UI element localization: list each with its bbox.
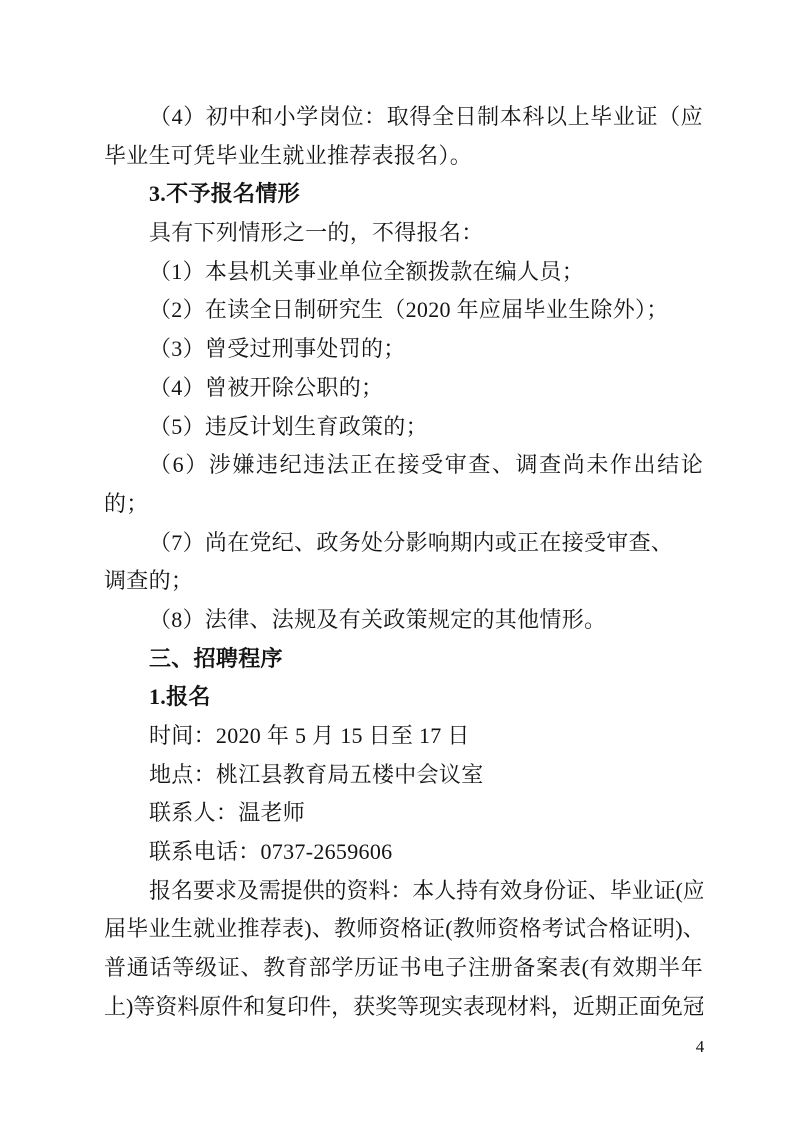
doc-line: （6）涉嫌违纪违法正在接受审查、调查尚未作出结论 <box>104 446 703 485</box>
heading-registration: 1.报名 <box>104 678 703 717</box>
doc-line: 报名要求及需提供的资料：本人持有效身份证、毕业证(应 <box>104 872 703 911</box>
document-body: （4）初中和小学岗位：取得全日制本科以上毕业证（应届 毕业生可凭毕业生就业推荐表… <box>104 98 703 1027</box>
doc-line: 调查的； <box>104 562 703 601</box>
heading-no-registration-cases: 3.不予报名情形 <box>104 175 703 214</box>
doc-line: 具有下列情形之一的，不得报名： <box>104 214 703 253</box>
doc-line: （5）违反计划生育政策的； <box>104 408 703 447</box>
line-contact-person: 联系人：温老师 <box>104 794 703 833</box>
doc-line: 上)等资料原件和复印件，获奖等现实表现材料，近期正面免冠 <box>104 988 703 1027</box>
line-contact-phone: 联系电话：0737-2659606 <box>104 833 703 872</box>
doc-line: （8）法律、法规及有关政策规定的其他情形。 <box>104 601 703 640</box>
line-time: 时间：2020 年 5 月 15 日至 17 日 <box>104 717 703 756</box>
doc-line: 毕业生可凭毕业生就业推荐表报名）。 <box>104 137 703 176</box>
document-page: （4）初中和小学岗位：取得全日制本科以上毕业证（应届 毕业生可凭毕业生就业推荐表… <box>0 0 793 1122</box>
doc-line: （2）在读全日制研究生（2020 年应届毕业生除外）； <box>104 291 703 330</box>
page-number: 4 <box>670 1036 730 1058</box>
doc-line: （3）曾受过刑事处罚的； <box>104 330 703 369</box>
line-location: 地点：桃江县教育局五楼中会议室 <box>104 756 703 795</box>
doc-line: （4）初中和小学岗位：取得全日制本科以上毕业证（应届 <box>104 98 703 137</box>
doc-line: （7）尚在党纪、政务处分影响期内或正在接受审查、 <box>104 524 703 563</box>
doc-line: （1）本县机关事业单位全额拨款在编人员； <box>104 253 703 292</box>
doc-line: 普通话等级证、教育部学历证书电子注册备案表(有效期半年以 <box>104 949 703 988</box>
doc-line: （4）曾被开除公职的； <box>104 369 703 408</box>
doc-line: 届毕业生就业推荐表)、教师资格证(教师资格考试合格证明)、 <box>104 910 703 949</box>
heading-recruitment-procedure: 三、招聘程序 <box>104 640 703 679</box>
doc-line: 的； <box>104 485 703 524</box>
